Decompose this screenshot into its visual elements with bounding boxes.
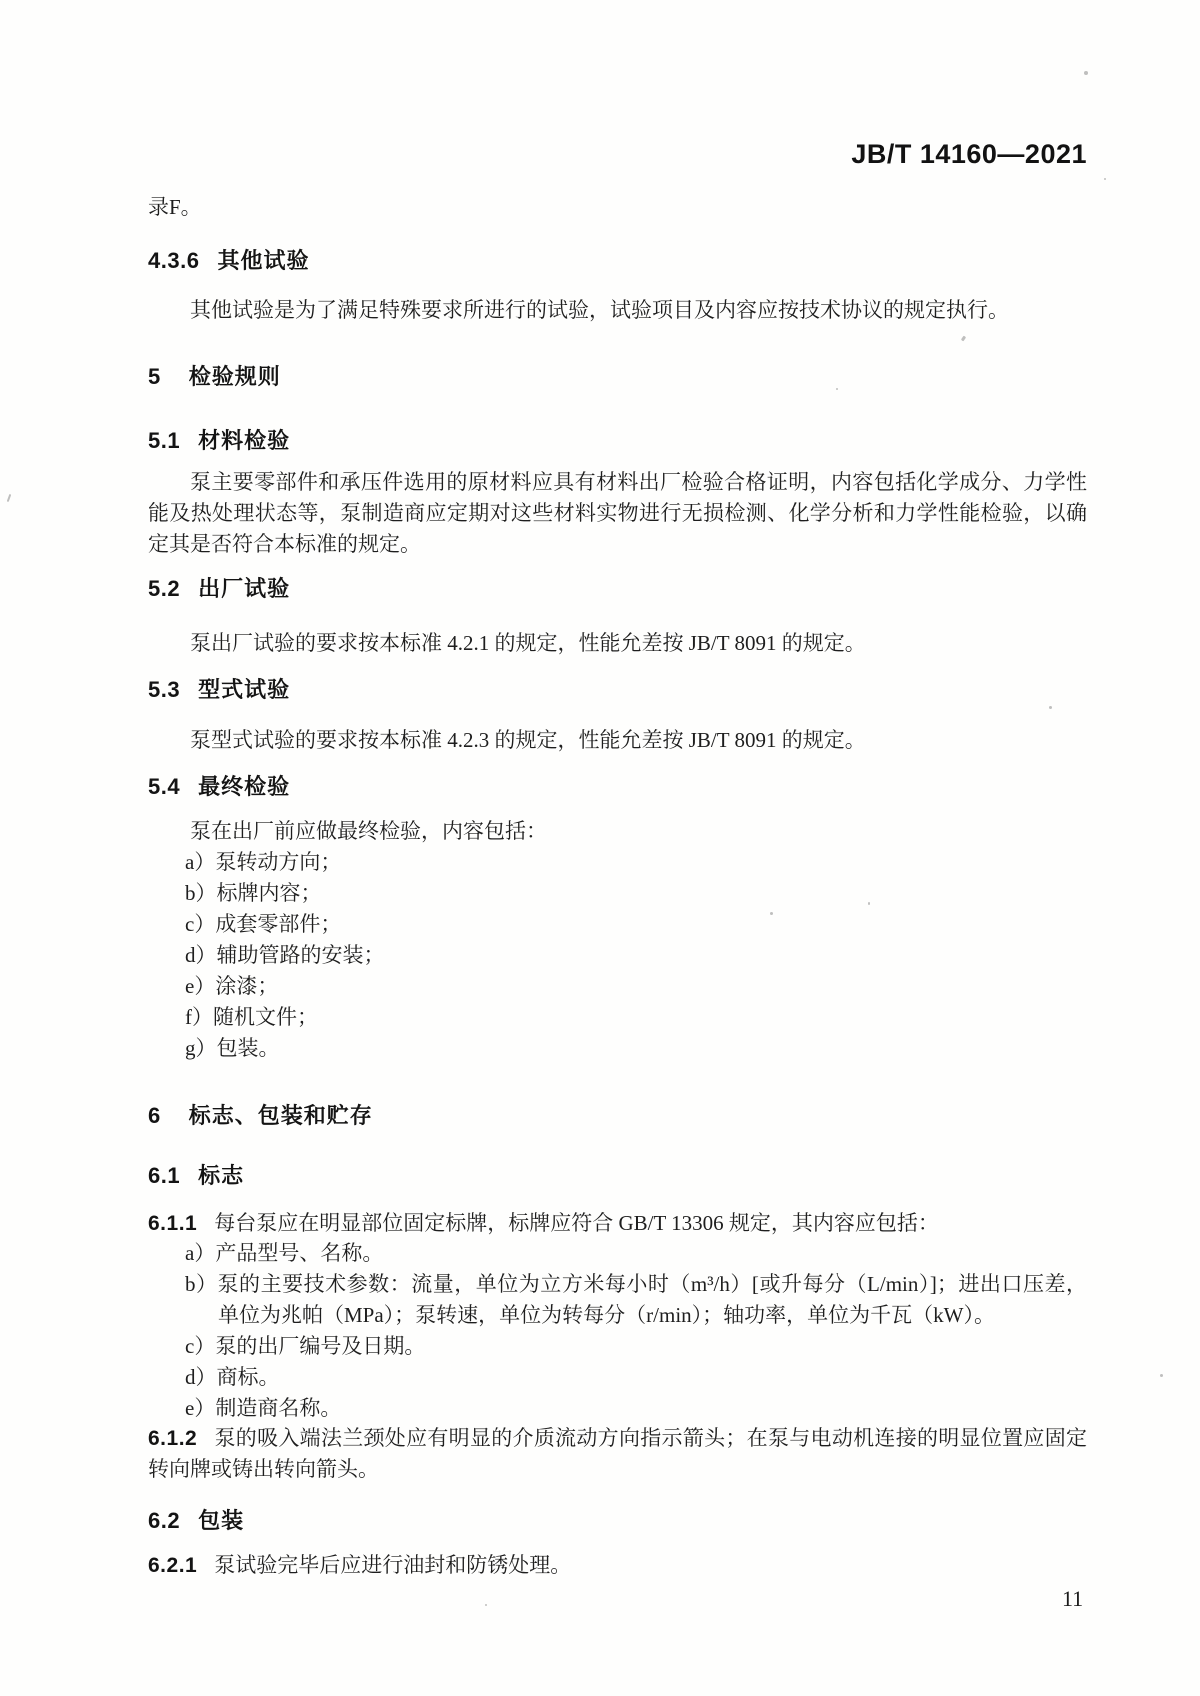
scan-speck — [1104, 178, 1106, 180]
clause-text: 每台泵应在明显部位固定标牌，标牌应符合 GB/T 13306 规定，其内容应包括… — [214, 1211, 939, 1235]
clause-6-1-2: 6.1.2泵的吸入端法兰颈处应有明显的介质流动方向指示箭头；在泵与电动机连接的明… — [148, 1423, 1087, 1485]
scan-speck — [1084, 71, 1088, 75]
list-item: b）标牌内容； — [185, 878, 1087, 909]
section-heading-5-1: 5.1材料检验 — [148, 425, 1087, 456]
section-title: 其他试验 — [217, 248, 309, 273]
list-item: d）辅助管路的安装； — [185, 940, 1087, 971]
section-title: 标志 — [198, 1163, 244, 1188]
section-number: 5.1 — [148, 425, 180, 456]
section-heading-5-4: 5.4最终检验 — [148, 771, 1087, 802]
section-number: 5.2 — [148, 573, 180, 604]
nameplate-content-list: a）产品型号、名称。 b）泵的主要技术参数：流量，单位为立方米每小时（m³/h）… — [185, 1238, 1087, 1424]
section-number: 6 — [148, 1100, 161, 1131]
list-item: d）商标。 — [185, 1362, 1087, 1393]
clause-text: 泵试验完毕后应进行油封和防锈处理。 — [214, 1553, 571, 1577]
scan-speck — [868, 902, 870, 905]
list-item: f）随机文件； — [185, 1002, 1087, 1033]
clause-text: 泵的吸入端法兰颈处应有明显的介质流动方向指示箭头；在泵与电动机连接的明显位置应固… — [148, 1426, 1087, 1481]
section-number: 5.3 — [148, 674, 180, 705]
section-heading-5: 5检验规则 — [148, 361, 1087, 392]
section-title: 材料检验 — [198, 428, 290, 453]
paragraph-4-3-6: 其他试验是为了满足特殊要求所进行的试验，试验项目及内容应按技术协议的规定执行。 — [148, 295, 1087, 326]
section-heading-4-3-6: 4.3.6其他试验 — [148, 245, 1087, 276]
paragraph-5-4-intro: 泵在出厂前应做最终检验，内容包括： — [148, 816, 1087, 847]
list-item: e）制造商名称。 — [185, 1393, 1087, 1424]
section-number: 6.2 — [148, 1505, 180, 1536]
list-item: e）涂漆； — [185, 971, 1087, 1002]
scan-speck — [485, 1604, 487, 1606]
clause-number: 6.2.1 — [148, 1554, 197, 1577]
section-heading-6-2: 6.2包装 — [148, 1505, 1087, 1536]
section-title: 检验规则 — [189, 364, 281, 389]
section-heading-6-1: 6.1标志 — [148, 1160, 1087, 1191]
section-number: 6.1 — [148, 1160, 180, 1191]
section-number: 4.3.6 — [148, 245, 199, 276]
scan-speck — [1160, 1374, 1163, 1377]
list-item: c）泵的出厂编号及日期。 — [185, 1331, 1087, 1362]
paragraph-5-3: 泵型式试验的要求按本标准 4.2.3 的规定，性能允差按 JB/T 8091 的… — [148, 725, 1087, 756]
final-inspection-list: a）泵转动方向； b）标牌内容； c）成套零部件； d）辅助管路的安装； e）涂… — [185, 847, 1087, 1064]
list-item: g）包装。 — [185, 1033, 1087, 1064]
list-item: a）产品型号、名称。 — [185, 1238, 1087, 1269]
list-item: b）泵的主要技术参数：流量，单位为立方米每小时（m³/h）[或升每分（L/min… — [185, 1269, 1087, 1331]
section-title: 最终检验 — [198, 774, 290, 799]
clause-number: 6.1.1 — [148, 1212, 197, 1235]
carryover-text: 录F。 — [148, 192, 1087, 223]
section-number: 5.4 — [148, 771, 180, 802]
section-number: 5 — [148, 361, 161, 392]
clause-number: 6.1.2 — [148, 1427, 197, 1450]
section-title: 出厂试验 — [198, 576, 290, 601]
section-title: 型式试验 — [198, 677, 290, 702]
scan-speck — [7, 494, 12, 502]
section-heading-5-2: 5.2出厂试验 — [148, 573, 1087, 604]
section-title: 标志、包装和贮存 — [189, 1103, 373, 1128]
scan-speck — [961, 336, 966, 342]
paragraph-5-2: 泵出厂试验的要求按本标准 4.2.1 的规定，性能允差按 JB/T 8091 的… — [148, 628, 1087, 659]
page-number: 11 — [1062, 1586, 1083, 1612]
scan-speck — [836, 388, 838, 390]
scan-speck — [1049, 706, 1052, 709]
section-title: 包装 — [198, 1508, 244, 1533]
standard-code-header: JB/T 14160—2021 — [851, 139, 1087, 169]
paragraph-5-1: 泵主要零部件和承压件选用的原材料应具有材料出厂检验合格证明，内容包括化学成分、力… — [148, 467, 1087, 560]
section-heading-5-3: 5.3型式试验 — [148, 674, 1087, 705]
list-item: c）成套零部件； — [185, 909, 1087, 940]
clause-6-2-1: 6.2.1泵试验完毕后应进行油封和防锈处理。 — [148, 1550, 1087, 1581]
list-item: a）泵转动方向； — [185, 847, 1087, 878]
scan-speck — [770, 912, 773, 915]
scanned-standard-page: JB/T 14160—2021 录F。 4.3.6其他试验 其他试验是为了满足特… — [0, 0, 1200, 1696]
section-heading-6: 6标志、包装和贮存 — [148, 1100, 1087, 1131]
clause-6-1-1: 6.1.1每台泵应在明显部位固定标牌，标牌应符合 GB/T 13306 规定，其… — [148, 1208, 1087, 1239]
